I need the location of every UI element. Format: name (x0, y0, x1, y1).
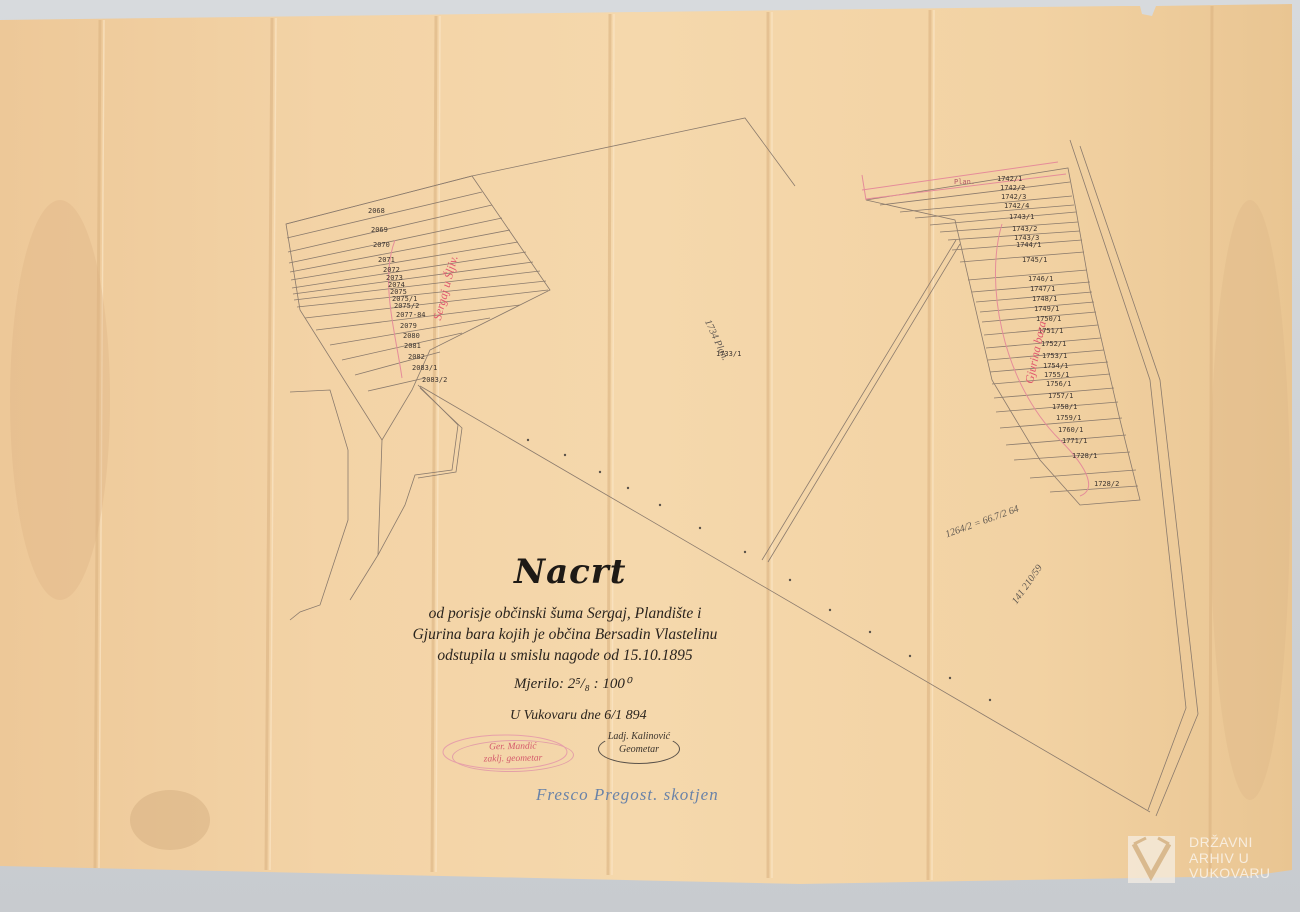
parcel-label: 2080 (403, 332, 420, 340)
parcel-label: 1744/1 (1016, 241, 1041, 249)
parcel-label: 1745/1 (1022, 256, 1047, 264)
parcel-label: 2071 (378, 256, 395, 264)
parcel-label: Plan. (954, 178, 975, 186)
place-and-date: U Vukovaru dne 6/1 894 (510, 708, 647, 724)
map-scale: Mjerilo: 2⁵/₈ : 100⁰ (514, 674, 631, 693)
parcel-label: 2083/2 (422, 376, 447, 384)
parcel-label: 1754/1 (1043, 362, 1068, 370)
parcel-label: 1747/1 (1030, 285, 1055, 293)
parcel-label: 2070 (373, 241, 390, 249)
parcel-label: 2081 (404, 342, 421, 350)
parcel-label: 2082 (408, 353, 425, 361)
parcel-label: 1742/3 (1001, 193, 1026, 201)
map-drawing (0, 0, 1300, 912)
parcel-label: 1756/1 (1046, 380, 1071, 388)
signature-name: Ladj. Kalinović (598, 730, 680, 743)
parcel-label: 1728/2 (1094, 480, 1119, 488)
parcel-label: 1755/1 (1044, 371, 1069, 379)
parcel-label: 1746/1 (1028, 275, 1053, 283)
parcel-label: 2069 (371, 226, 388, 234)
archive-logo-icon (1128, 836, 1175, 883)
parcel-label: 1753/1 (1042, 352, 1067, 360)
parcel-label: 1743/1 (1009, 213, 1034, 221)
parcel-label: 1742/2 (1000, 184, 1025, 192)
signature-title: zaklj. geometar (453, 752, 573, 766)
parcel-label: 1748/1 (1032, 295, 1057, 303)
signature-title: Geometar (598, 743, 680, 756)
archive-watermark: DRŽAVNI ARHIV U VUKOVARU (1128, 835, 1300, 885)
parcel-label: 1760/1 (1058, 426, 1083, 434)
archive-name-line: ARHIV U (1189, 851, 1271, 867)
parcel-label: 1757/1 (1048, 392, 1073, 400)
parcel-label: 1733/1 (716, 350, 741, 358)
parcel-label: 1771/1 (1062, 437, 1087, 445)
parcel-label: 2079 (400, 322, 417, 330)
parcel-label: 2075/2 (394, 302, 419, 310)
map-sheet: 2068 2069 2070 2071 2072 2073 2074 2075 … (0, 0, 1300, 912)
archive-name-line: DRŽAVNI (1189, 835, 1271, 851)
blue-pencil-note: Fresco Pregost. skotjen (536, 785, 719, 805)
parcel-label: 2068 (368, 207, 385, 215)
parcel-label: 1728/1 (1072, 452, 1097, 460)
map-title: Nacrt (514, 552, 626, 592)
parcel-label: 2083/1 (412, 364, 437, 372)
parcel-label: 1749/1 (1034, 305, 1059, 313)
parcel-label: 1759/1 (1056, 414, 1081, 422)
parcel-label: 2077-84 (396, 311, 426, 319)
parcel-label: 1742/1 (997, 175, 1022, 183)
description-line: od porisje občinski šuma Sergaj, Plandiš… (400, 603, 730, 624)
parcel-label: 1758/1 (1052, 403, 1077, 411)
parcel-label: 1743/2 (1012, 225, 1037, 233)
parcel-label: 2072 (383, 266, 400, 274)
map-description: od porisje občinski šuma Sergaj, Plandiš… (400, 603, 730, 666)
ink-signature: Ladj. Kalinović Geometar (598, 730, 680, 764)
archive-name: DRŽAVNI ARHIV U VUKOVARU (1189, 835, 1271, 882)
parcel-label: 1742/4 (1004, 202, 1029, 210)
archive-name-line: VUKOVARU (1189, 866, 1271, 882)
description-line: odstupila u smislu nagode od 15.10.1895 (400, 645, 730, 666)
description-line: Gjurina bara kojih je občina Bersadin Vl… (400, 624, 730, 645)
